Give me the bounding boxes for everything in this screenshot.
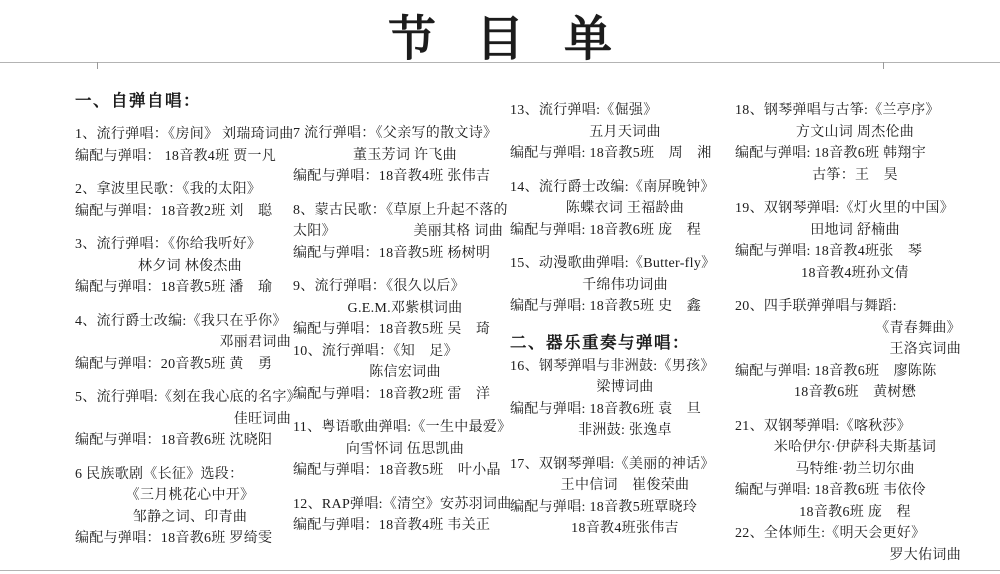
text-line: 编配与弹唱：18音教5班 杨树明 [293, 243, 517, 265]
bottom-rule [0, 570, 1000, 571]
text-line: 向雪怀词 伍思凯曲 [293, 439, 517, 461]
text-line: 编配与弹唱: 18音教6班 廖陈陈 [735, 361, 975, 383]
text-line: 董玉芳词 许飞曲 [293, 145, 517, 167]
line-gap [75, 167, 305, 179]
line-gap [293, 264, 517, 276]
text-line: 20、四手联弹弹唱与舞蹈: [735, 296, 975, 318]
text-line: 编配与弹唱：18音教5班 潘 瑜 [75, 277, 305, 299]
text-line: 《青春舞曲》 [735, 318, 975, 340]
text-line: 12、RAP弹唱:《清空》安苏羽词曲 [293, 494, 517, 516]
line-gap [75, 114, 305, 124]
text-line: 18、钢琴弹唱与古筝:《兰亭序》 [735, 100, 975, 122]
text-line: 王洛宾词曲 [735, 339, 975, 361]
text-line: 陈蝶衣词 王福龄曲 [510, 198, 740, 220]
text-line: 22、全体师生:《明天会更好》 [735, 523, 975, 545]
text-line: 编配与弹唱：18音教4班 张伟吉 [293, 166, 517, 188]
line-gap [735, 186, 975, 198]
text-line: 19、双钢琴弹唱:《灯火里的中国》 [735, 198, 975, 220]
line-gap [293, 482, 517, 494]
text-line: 21、双钢琴弹唱:《喀秋莎》 [735, 416, 975, 438]
text-line: 千绵伟功词曲 [510, 275, 740, 297]
top-rule-left-tick [97, 62, 98, 69]
text-line: 罗大佑词曲 [735, 545, 975, 567]
line-gap [510, 318, 740, 330]
line-gap [510, 442, 740, 454]
text-line: 编配与弹唱：18音教2班 刘 聪 [75, 201, 305, 223]
line-gap [75, 452, 305, 464]
text-line: 王中信词 崔俊荣曲 [510, 475, 740, 497]
line-gap [735, 404, 975, 416]
text-line: 3、流行弹唱：《你给我听好》 [75, 234, 305, 256]
text-line: 17、双钢琴弹唱:《美丽的神话》 [510, 454, 740, 476]
text-line: 编配与弹唱: 18音教5班 周 湘 [510, 143, 740, 165]
text-line: 编配与弹唱：18音教4班 韦关正 [293, 515, 517, 537]
text-line: 9、流行弹唱：《很久以后》 [293, 276, 517, 298]
text-line: 方文山词 周杰伦曲 [735, 122, 975, 144]
text-line: 马特维·勃兰切尔曲 [735, 459, 975, 481]
text-line: 田地词 舒楠曲 [735, 220, 975, 242]
line-gap [510, 165, 740, 177]
section-heading: 二、器乐重奏与弹唱： [510, 330, 740, 356]
text-line: 编配与弹唱：18音教5班 叶小晶 [293, 460, 517, 482]
text-line: 编配与弹唱: 18音教5班 史 鑫 [510, 296, 740, 318]
text-line: 非洲鼓: 张逸卓 [510, 420, 740, 442]
line-gap [75, 222, 305, 234]
line-gap [293, 188, 517, 200]
text-line: 16、钢琴弹唱与非洲鼓:《男孩》 [510, 356, 740, 378]
text-line: 18音教6班 庞 程 [735, 502, 975, 524]
text-line: 15、动漫歌曲弹唱:《Butter-fly》 [510, 253, 740, 275]
program-column-4: 18、钢琴弹唱与古筝:《兰亭序》方文山词 周杰伦曲编配与弹唱: 18音教6班 韩… [735, 100, 975, 566]
text-line: 邹静之词、印青曲 [75, 507, 305, 529]
text-line: 编配与弹唱: 18音教6班 袁 旦 [510, 399, 740, 421]
line-gap [75, 299, 305, 311]
text-line: 11、粤语歌曲弹唱:《一生中最爱》 [293, 417, 517, 439]
line-gap [293, 405, 517, 417]
program-column-2: 7 流行弹唱：《父亲写的散文诗》董玉芳词 许飞曲编配与弹唱：18音教4班 张伟吉… [293, 123, 517, 537]
text-line: 18音教4班张伟吉 [510, 518, 740, 540]
text-line: 编配与弹唱：18音教6班 沈晓阳 [75, 430, 305, 452]
text-line: 4、流行爵士改编:《我只在乎你》 [75, 311, 305, 333]
text-line: 太阳》美丽其格 词曲 [293, 221, 517, 243]
top-rule [0, 62, 1000, 63]
text-line: 佳旺词曲 [75, 409, 305, 431]
text-line: 编配与弹唱: 18音教6班 韦依伶 [735, 480, 975, 502]
line-gap [75, 375, 305, 387]
text-line: 古筝：王 昊 [735, 165, 975, 187]
text-line: 编配与弹唱： 18音教4班 贾一凡 [75, 146, 305, 168]
split-right-text: 美丽其格 词曲 [413, 221, 503, 243]
split-left-text: 太阳》 [293, 221, 336, 243]
text-line: 编配与弹唱: 18音教6班 庞 程 [510, 220, 740, 242]
text-line: 邓丽君词曲 [75, 332, 305, 354]
text-line: 10、流行弹唱：《知 足》 [293, 341, 517, 363]
page-title: 节 目 单 [0, 0, 1000, 69]
text-line: G.E.M.邓紫棋词曲 [293, 298, 517, 320]
section-heading: 一、自弹自唱： [75, 88, 305, 114]
text-line: 2、拿波里民歌：《我的太阳》 [75, 179, 305, 201]
text-line: 编配与弹唱：18音教2班 雷 洋 [293, 384, 517, 406]
text-line: 14、流行爵士改编:《南屏晚钟》 [510, 177, 740, 199]
text-line: 编配与弹唱: 18音教5班覃晓玲 [510, 497, 740, 519]
text-line: 13、流行弹唱:《倔强》 [510, 100, 740, 122]
text-line: 8、蒙古民歌：《草原上升起不落的 [293, 200, 517, 222]
text-line: 5、流行弹唱:《刻在我心底的名字》 [75, 387, 305, 409]
text-line: 编配与弹唱: 18音教6班 韩翔宇 [735, 143, 975, 165]
program-column-3: 13、流行弹唱:《倔强》五月天词曲编配与弹唱: 18音教5班 周 湘14、流行爵… [510, 100, 740, 540]
text-line: 编配与弹唱: 18音教4班张 琴 [735, 241, 975, 263]
text-line: 6 民族歌剧《长征》选段： [75, 464, 305, 486]
text-line: 18音教4班孙文倩 [735, 263, 975, 285]
text-line: 编配与弹唱：20音教5班 黄 勇 [75, 354, 305, 376]
text-line: 五月天词曲 [510, 122, 740, 144]
program-column-1: 一、自弹自唱：1、流行弹唱：《房间》 刘瑞琦词曲编配与弹唱： 18音教4班 贾一… [75, 88, 305, 550]
text-line: 《三月桃花心中开》 [75, 485, 305, 507]
text-line: 林夕词 林俊杰曲 [75, 256, 305, 278]
text-line: 1、流行弹唱：《房间》 刘瑞琦词曲 [75, 124, 305, 146]
text-line: 编配与弹唱：18音教5班 吴 琦 [293, 319, 517, 341]
text-line: 编配与弹唱：18音教6班 罗绮雯 [75, 528, 305, 550]
top-rule-right-tick [883, 62, 884, 69]
text-line: 7 流行弹唱：《父亲写的散文诗》 [293, 123, 517, 145]
line-gap [735, 284, 975, 296]
text-line: 米哈伊尔·伊萨科夫斯基词 [735, 437, 975, 459]
text-line: 陈信宏词曲 [293, 362, 517, 384]
text-line: 梁博词曲 [510, 377, 740, 399]
line-gap [510, 241, 740, 253]
text-line: 18音教6班 黄树懋 [735, 382, 975, 404]
